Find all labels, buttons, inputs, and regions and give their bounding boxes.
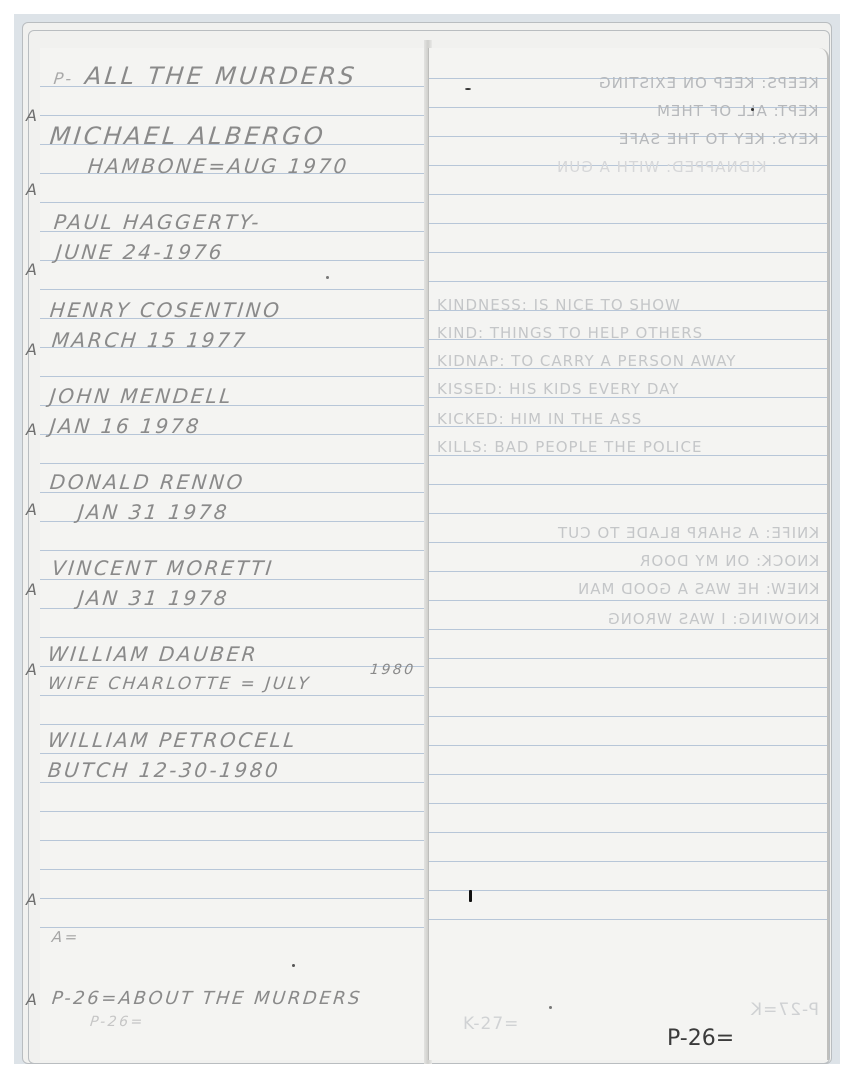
- entry-detail: JAN 31 1978: [77, 500, 231, 524]
- ink-mark: [469, 890, 472, 902]
- bottom-mark: A=: [51, 928, 81, 946]
- bleed-through-line: KNIFE: A SHARP BLADE TO CUT: [557, 524, 819, 542]
- bleed-through-line: KIND: THINGS TO HELP OTHERS: [437, 324, 703, 342]
- entry-name: MICHAEL ALBERGO: [49, 122, 328, 150]
- ink-speck: [751, 108, 754, 111]
- page-title: P- ALL THE MURDERS: [53, 62, 359, 90]
- entry-name: VINCENT MORETTI: [51, 556, 276, 580]
- ruled-lines: [429, 50, 827, 930]
- bleed-through-line: KILLS: BAD PEOPLE THE POLICE: [437, 438, 702, 456]
- bleed-through-line: KNOWING: I WAS WRONG: [607, 610, 819, 628]
- ink-speck: [326, 276, 329, 279]
- entry-name: WILLIAM DAUBER: [47, 642, 260, 666]
- entry-detail: HAMBONE=AUG 1970: [87, 154, 350, 178]
- page-footer-faint: P-26=: [89, 1014, 145, 1030]
- bleed-page-mark: K-27=: [463, 1014, 519, 1034]
- ink-speck: [549, 1006, 552, 1009]
- bleed-through-line: KIDNAP: TO CARRY A PERSON AWAY: [437, 352, 736, 370]
- ink-speck: [465, 88, 471, 90]
- entry-detail: JAN 31 1978: [77, 586, 231, 610]
- entry-name: WILLIAM PETROCELL: [47, 728, 299, 752]
- ruled-lines: [40, 58, 426, 938]
- bleed-through-line: KISSED: HIS KIDS EVERY DAY: [437, 380, 679, 398]
- entry-name: DONALD RENNO: [49, 470, 246, 494]
- entry-superscript: 1980: [369, 662, 416, 678]
- entry-detail: WIFE CHARLOTTE = JULY: [47, 674, 312, 694]
- bleed-through-line: KIDNAPPED: WITH A GUN: [556, 158, 767, 176]
- entry-detail: MARCH 15 1977: [51, 328, 249, 352]
- bleed-page-mark: P-27=K: [750, 1000, 819, 1020]
- entry-name: HENRY COSENTINO: [49, 298, 283, 322]
- page-footer: P-26=ABOUT THE MURDERS: [51, 988, 363, 1009]
- entry-name: PAUL HAGGERTY-: [53, 210, 263, 234]
- bleed-through-line: KNEW: HE WAS A GOOD MAN: [577, 580, 819, 598]
- bleed-through-line: KEEPS: KEEP ON EXISTING: [598, 74, 819, 92]
- page-number: P-26=: [667, 1026, 734, 1051]
- entry-detail: BUTCH 12-30-1980: [47, 758, 282, 782]
- title-prefix-mark: P-: [53, 69, 76, 88]
- left-page: P- ALL THE MURDERS MICHAEL ALBERGO HAMBO…: [40, 48, 428, 1060]
- bleed-through-line: KINDNESS: IS NICE TO SHOW: [437, 296, 681, 314]
- bleed-through-line: KICKED: HIM IN THE ASS: [437, 410, 642, 428]
- entry-detail: JAN 16 1978: [49, 414, 203, 438]
- entry-detail: JUNE 24-1976: [55, 240, 226, 264]
- entry-name: JOHN MENDELL: [49, 384, 235, 408]
- bleed-through-line: KNOCK: ON MY DOOR: [639, 552, 819, 570]
- right-page: KEEPS: KEEP ON EXISTING KEPT: ALL OF THE…: [428, 48, 829, 1060]
- bleed-through-line: KEYS: KEY TO THE SAFE: [618, 130, 819, 148]
- ink-speck: [292, 964, 295, 967]
- bleed-through-line: KEPT: ALL OF THEM: [656, 102, 819, 120]
